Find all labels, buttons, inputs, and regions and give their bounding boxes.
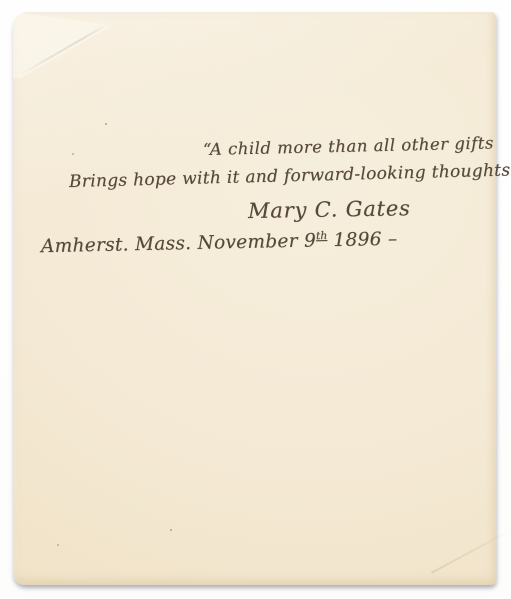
paper-crease-bottom-right — [431, 529, 511, 574]
foxing-speck — [170, 529, 172, 531]
quote-line-2: Brings hope with it and forward-looking … — [69, 160, 511, 192]
dateline-day: 9 — [304, 230, 317, 251]
dateline-year: 1896 – — [327, 229, 398, 251]
manuscript-paper: “A child more than all other gifts Bring… — [13, 12, 496, 585]
foxing-speck — [105, 123, 107, 125]
dateline-place-month: Amherst. Mass. November — [41, 231, 304, 258]
dateline-ordinal: th — [316, 229, 327, 242]
quote-line-1: “A child more than all other gifts — [203, 133, 494, 159]
dateline: Amherst. Mass. November 9th 1896 – — [41, 228, 398, 258]
foxing-speck — [57, 544, 59, 546]
paper-crease-top-left — [19, 22, 110, 76]
signature: Mary C. Gates — [248, 196, 411, 223]
foxing-speck — [72, 153, 74, 155]
photo-background: “A child more than all other gifts Bring… — [0, 0, 511, 599]
paper-fold-highlight — [13, 12, 133, 92]
